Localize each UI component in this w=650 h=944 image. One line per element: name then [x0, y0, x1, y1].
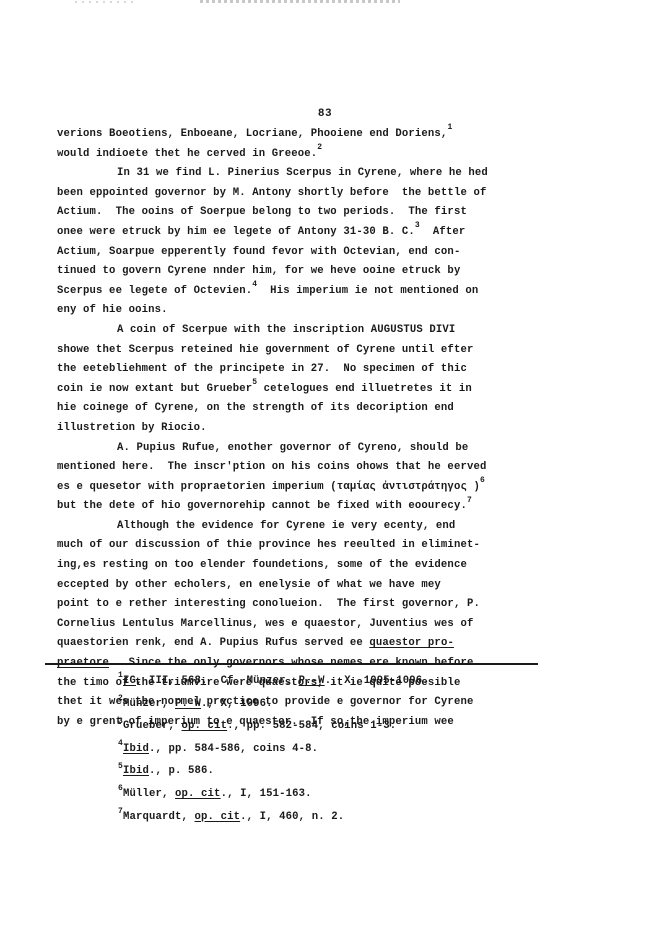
footnote: 5Ibid., p. 586. [118, 760, 538, 783]
scan-artifact [75, 1, 135, 3]
footnote-ref: 2 [317, 143, 322, 152]
footnote-number: 6 [118, 784, 123, 793]
footnote: 3Grueber, op. cit., pp. 582-584, coins 1… [118, 715, 538, 738]
line-text-after: cetelogues end illuetretes it in [257, 383, 472, 395]
underlined-term: quaestor pro- [369, 637, 454, 649]
line-text: Cornelius Lentulus Marcellinus, wes e qu… [57, 618, 473, 630]
citation-text: , III, 568. Cf. Münzer, [136, 675, 299, 687]
text-line: onee were etruck by him ee legete of Ant… [57, 223, 557, 243]
line-text: illustretion by Riocio. [57, 422, 207, 434]
footnote-number: 7 [118, 807, 123, 816]
line-text: Actium, Soarpue epperently found fevor w… [57, 246, 460, 258]
text-line: ing,es resting on too elender foundetion… [57, 556, 557, 576]
citation-text: ., p. 586. [149, 765, 214, 777]
text-line: quaestorien renk, end A. Pupius Rufus se… [57, 634, 557, 654]
text-line: tinued to govern Cyrene nnder him, for w… [57, 262, 557, 282]
line-text: would indioete thet he cerved in Greeoe. [57, 148, 317, 160]
citation-text: Münzer, [123, 698, 175, 710]
text-line: verions Boeotiens, Enboeane, Locriane, P… [57, 125, 557, 145]
footnote: 1IG, III, 568. Cf. Münzer, P.-W., X, 109… [118, 670, 538, 693]
text-line: the eetebliehment of the principete in 2… [57, 360, 557, 380]
line-text: been eppointed governor by M. Antony sho… [57, 187, 486, 199]
footnote-number: 1 [118, 671, 123, 680]
footnote-ref: 6 [480, 476, 485, 485]
text-line: mentioned here. The inscr'ption on his c… [57, 458, 557, 478]
text-line: eny of hie ooins. [57, 301, 557, 321]
citation-underlined: Ibid [123, 743, 149, 755]
line-text: hie coinege of Cyrene, on the strength o… [57, 402, 454, 414]
footnote-divider [45, 663, 538, 665]
text-line: Actium, Soarpue epperently found fevor w… [57, 243, 557, 263]
footnote: 4Ibid., pp. 584-586, coins 4-8. [118, 738, 538, 761]
text-line: Cornelius Lentulus Marcellinus, wes e qu… [57, 615, 557, 635]
line-text: eny of hie ooins. [57, 304, 168, 316]
footnote: 7Marquardt, op. cit., I, 460, n. 2. [118, 806, 538, 829]
line-text: es e quesetor with propraetorien imperiu… [57, 481, 480, 493]
line-text: ing,es resting on too elender foundetion… [57, 559, 467, 571]
footnote: 2Münzer, P.-W., X, 1096. [118, 693, 538, 716]
line-text: quaestorien renk, end A. Pupius Rufus se… [57, 637, 369, 649]
page-number: 83 [0, 108, 650, 120]
citation-underlined: Ibid [123, 765, 149, 777]
text-line: much of our discussion of thie province … [57, 536, 557, 556]
footnotes: 1IG, III, 568. Cf. Münzer, P.-W., X, 109… [118, 670, 538, 828]
line-text: but the dete of hio governorehip cannot … [57, 500, 467, 512]
citation-text: Müller, [123, 788, 175, 800]
line-text: A. Pupius Rufue, enother governor of Cyr… [117, 442, 468, 454]
text-line: Although the evidence for Cyrene ie very… [57, 517, 557, 537]
text-line: showe thet Scerpus reteined hie governme… [57, 341, 557, 361]
text-line: Scerpus ee legete of Octevien.4 His impe… [57, 282, 557, 302]
footnote-ref: 1 [447, 123, 452, 132]
footnote-number: 3 [118, 717, 123, 726]
line-text-after: His imperium ie not mentioned on [257, 285, 478, 297]
citation-text: ., pp. 584-586, coins 4-8. [149, 743, 318, 755]
footnote-ref: 7 [467, 496, 472, 505]
line-text-after: After [420, 226, 466, 238]
footnote: 6Müller, op. cit., I, 151-163. [118, 783, 538, 806]
line-text: the eetebliehment of the principete in 2… [57, 363, 467, 375]
citation-text: ., I, 151-163. [221, 788, 312, 800]
line-text: showe thet Scerpus reteined hie governme… [57, 344, 473, 356]
citation-text: ., X, 1095-1096. [325, 675, 429, 687]
line-text: much of our discussion of thie province … [57, 539, 480, 551]
citation-text: ., I, 460, n. 2. [240, 811, 344, 823]
line-text: Scerpus ee legete of Octevien. [57, 285, 252, 297]
citation-underlined: IG [123, 675, 136, 687]
text-line: Actium. The ooins of Soerpue belong to t… [57, 203, 557, 223]
text-line: point to e rether interesting conolueion… [57, 595, 557, 615]
line-text: point to e rether interesting conolueion… [57, 598, 480, 610]
body-text: verions Boeotiens, Enboeane, Locriane, P… [57, 125, 557, 732]
footnote-number: 2 [118, 694, 123, 703]
footnote-ref: 4 [252, 280, 257, 289]
line-text: mentioned here. The inscr'ption on his c… [57, 461, 486, 473]
line-text: Although the evidence for Cyrene ie very… [117, 520, 455, 532]
citation-text: Grueber, [123, 720, 182, 732]
citation-underlined: P.-W [299, 675, 325, 687]
text-line: coin ie now extant but Grueber5 cetelogu… [57, 380, 557, 400]
scan-artifact [200, 0, 400, 3]
line-text: eccepted by other echolers, en enelysie … [57, 579, 441, 591]
text-line: hie coinege of Cyrene, on the strength o… [57, 399, 557, 419]
text-line: but the dete of hio governorehip cannot … [57, 497, 557, 517]
text-line: A coin of Scerpue with the inscription A… [57, 321, 557, 341]
footnote-ref: 3 [415, 221, 420, 230]
citation-underlined: op. cit [182, 720, 228, 732]
text-line: In 31 we find L. Pinerius Scerpus in Cyr… [57, 164, 557, 184]
line-text: coin ie now extant but Grueber [57, 383, 252, 395]
line-text: tinued to govern Cyrene nnder him, for w… [57, 265, 460, 277]
line-text: verions Boeotiens, Enboeane, Locriane, P… [57, 128, 447, 140]
line-text: onee were etruck by him ee legete of Ant… [57, 226, 415, 238]
line-text: Actium. The ooins of Soerpue belong to t… [57, 206, 467, 218]
citation-underlined: op. cit [175, 788, 221, 800]
citation-text: Marquardt, [123, 811, 195, 823]
footnote-number: 5 [118, 762, 123, 771]
citation-text: ., pp. 582-584, coins 1-3. [227, 720, 396, 732]
line-text: A coin of Scerpue with the inscription A… [117, 324, 455, 336]
text-line: illustretion by Riocio. [57, 419, 557, 439]
citation-text: ., X, 1096. [201, 698, 273, 710]
text-line: eccepted by other echolers, en enelysie … [57, 576, 557, 596]
line-text: In 31 we find L. Pinerius Scerpus in Cyr… [117, 167, 488, 179]
text-line: been eppointed governor by M. Antony sho… [57, 184, 557, 204]
citation-underlined: op. cit [195, 811, 241, 823]
footnote-ref: 5 [252, 378, 257, 387]
text-line: would indioete thet he cerved in Greeoe.… [57, 145, 557, 165]
text-line: es e quesetor with propraetorien imperiu… [57, 478, 557, 498]
footnote-number: 4 [118, 739, 123, 748]
citation-underlined: P.-W [175, 698, 201, 710]
text-line: A. Pupius Rufue, enother governor of Cyr… [57, 439, 557, 459]
